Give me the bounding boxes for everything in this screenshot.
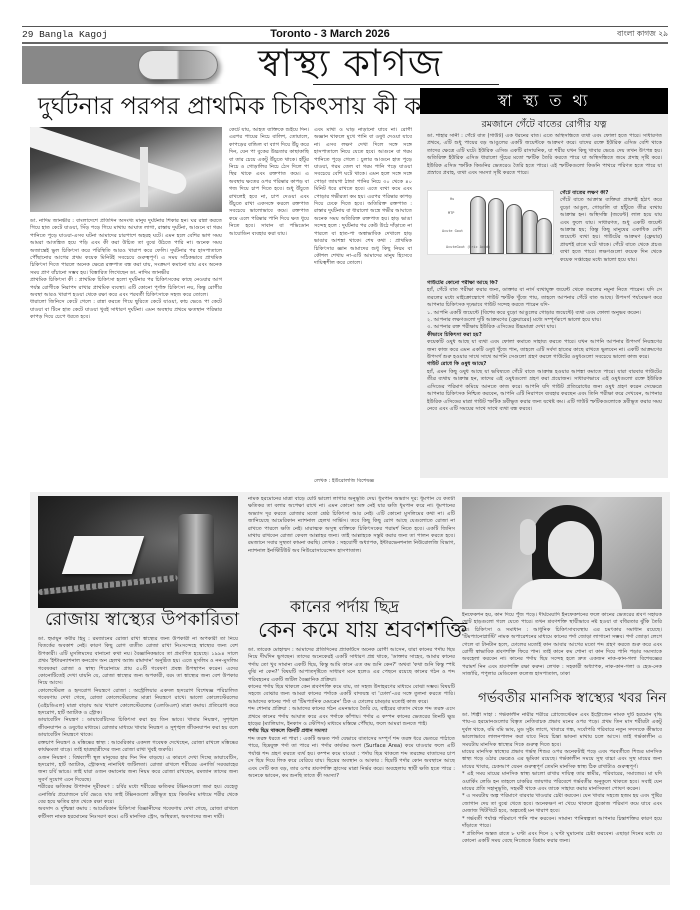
roza-continued-text: নামক হরমোনের মাত্রা বাড়ে যেটি ভালো লাগা… xyxy=(248,496,455,596)
foot-joint-illustration: Hu MTP Acute Gout AcuteGout (Uric Acid) xyxy=(427,190,554,255)
woman-ear-photo xyxy=(462,497,662,609)
gout-a3: কয়েকটি ওষুধ আছে যা ব্যথা এবং ফোলা কমাতে… xyxy=(427,339,662,360)
section-masthead: স্বাস্থ্য কাগজ xyxy=(258,40,443,86)
ear-right-col: ইনফেকশন হয়, কান দিয়ে পুঁজ পড়ে। দীর্ঘম… xyxy=(462,612,662,682)
header-top-rule xyxy=(22,26,668,27)
figure-label: Acute Gout xyxy=(442,229,463,233)
first-aid-col2-text: কেটে যায়, আহত ব্যক্তিকে শুইয়ে দিন। এরপ… xyxy=(229,127,309,490)
gout-q4: গাউট রোধে কি ওষুধ আছে? xyxy=(427,361,486,367)
roza-section: রক্তচাপ নিয়ন্ত্রণ ও মস্তিষ্কের স্বাস্থ্… xyxy=(38,740,238,753)
photo-arm-shape xyxy=(30,127,189,197)
first-aid-byline: লেখক : ইউরোলজি বিশেষজ্ঞ xyxy=(314,478,412,486)
ear-treatment: ইনফেকশন হয়, কান দিয়ে পুঁজ পড়ে। দীর্ঘম… xyxy=(462,612,662,670)
gout-headline: রমজানে গেঁটে বাতের রোগীর যত্ন xyxy=(420,118,668,133)
ear-intro: ডা. তারেক মোহাম্মদ : আমাদের প্রতিদিনের প… xyxy=(248,647,455,683)
figure-label: MTP xyxy=(448,211,454,215)
header-page-label: 29 Bangla Kagoj xyxy=(22,29,108,40)
photo-face-shape xyxy=(548,521,594,577)
gout-tests-treatment: গাউটের কোনো পরীক্ষা আছে কি? হ্যাঁ, গেঁটে… xyxy=(427,280,662,475)
masthead-underline xyxy=(313,84,499,85)
toe-bone-shape xyxy=(488,198,504,254)
gout-q1: গেঁটে বাতের লক্ষণ কী? xyxy=(560,190,608,196)
gout-list-item: ৩. আপনার রক্ত পরীক্ষায় ইউরিক এসিডের উচ্… xyxy=(427,324,556,330)
first-aid-headline: দুর্ঘটনার পরপর প্রাথমিক চিকিৎসায় কী করব… xyxy=(38,90,472,122)
gout-q3: কীভাবে চিকিৎসা করা হয়? xyxy=(427,332,482,338)
pregnancy-bullet: * গর্ভবতী পর্যাপ্ত পরিমাণে পানি পান করবে… xyxy=(462,816,662,829)
roza-body: ডা. হুমায়ুন কবীর হিমু : রমজানের রোজা রা… xyxy=(38,636,238,881)
gout-list-item: ১. আপনি একটি জয়েন্টে (বিশেষ করে বুড়ো আ… xyxy=(427,310,641,316)
ear-paragraph: কানের পর্দায় ছিদ্র থাকলে কেন শ্রবণশক্তি… xyxy=(248,684,455,705)
ear-body: ডা. তারেক মোহাম্মদ : আমাদের প্রতিদিনের প… xyxy=(248,647,455,882)
pregnancy-headline: গর্ভবতীর মানসিক স্বাস্থ্যের খবর নিন xyxy=(478,688,666,708)
roza-section: ওজন নিয়ন্ত্রণ : বিশ্বব্যাপী স্থূল মানুষ… xyxy=(38,755,238,783)
handwashing-photo xyxy=(30,127,222,212)
gout-intro-text: ডা. শাহার সানী : গেঁটে বাত (গাউট) এক ধরন… xyxy=(427,133,662,185)
ear-paragraph: শব্দ তরঙ্গ ধরতে না পারা : একটি অক্ষত পর্… xyxy=(248,736,455,779)
first-aid-what-is: প্রাথমিক চিকিৎসা কী : প্রাথমিক চিকিৎসা হ… xyxy=(30,277,222,298)
first-aid-intro: ডা. নাদিম জানভীর : বাংলাদেশে প্রতিদিন অস… xyxy=(30,218,222,276)
header-page-label-bangla: বাংলা কাগজ ২৯ xyxy=(617,29,668,41)
pregnancy-bullet: * প্রতিদিন অন্তত রাতে ৮ ঘণ্টা এবং দিনে ২… xyxy=(462,831,662,844)
toe-bone-shape xyxy=(536,218,552,254)
photo-lantern-shape xyxy=(178,514,214,594)
roza-intro: ডা. হুমায়ুন কবীর হিমু : রমজানের রোজা রা… xyxy=(38,636,238,686)
gout-q2: গাউটের কোনো পরীক্ষা আছে কি? xyxy=(427,280,498,286)
header-dateline: Toronto - 3 March 2026 xyxy=(230,28,430,40)
ear-headline-line1: কানের পর্দায় ছিদ্র xyxy=(290,596,399,618)
pregnancy-paragraph: মায়ের মানসিক স্বাস্থ্যের প্রভাব গর্ভস্থ… xyxy=(462,749,662,770)
pregnancy-bullet: * এ সময়টায় অল্প পরিমাণে বারবার খাওয়ার… xyxy=(462,793,662,814)
pregnancy-intro: ডা. শিল্পী সাহা : গর্ভকালীন নারীর শরীরে … xyxy=(462,712,662,748)
figure-label: AcuteGout (Uric Acid) xyxy=(446,245,490,249)
first-aid-cuts: ধারালো জিনিসে কেটে গেলে : রান্না করতে গি… xyxy=(30,299,222,320)
first-aid-col1-text: ডা. নাদিম জানভীর : বাংলাদেশে প্রতিদিন অস… xyxy=(30,218,222,490)
gout-list-item: ২. আপনার লক্ষণগুলো দুটি আক্রমণের (ফ্লেয়… xyxy=(427,317,601,323)
gout-a1: গেঁটে বাতে আক্রান্ত ব্যক্তিরা প্রায়শই হ… xyxy=(560,197,662,262)
roza-headline: রোজায় স্বাস্থ্যের উপকারিতা xyxy=(45,608,239,632)
roza-section: অবসাদ ও দুশ্চিন্তা কমায় : আমেরিকান চিকি… xyxy=(38,806,238,819)
first-aid-col3-text: এবং মাথা ও ঘাড় নাড়ানো যাবে না। রোগী অজ… xyxy=(314,127,412,477)
toe-bone-shape xyxy=(506,204,522,254)
ear-paragraph: শব্দ শোনার প্রক্রিয়া : আমাদের কানের গঠন… xyxy=(248,706,455,727)
pregnancy-bullet: * এই সময় মায়ের মানসিক স্বাস্থ্য ভালো র… xyxy=(462,771,662,792)
ramadan-lantern-photo xyxy=(38,496,238,608)
photo-beads-shape xyxy=(38,575,178,596)
pill-capsule-icon xyxy=(138,50,218,80)
roza-cont-body: নামক হরমোনের মাত্রা বাড়ে যেটি ভালো লাগা… xyxy=(248,496,455,546)
gout-a2: হ্যাঁ, গেঁটে বাত পরীক্ষা করার জন্য, ডাক্… xyxy=(427,287,662,308)
roza-section: ডায়াবেটিস নিয়ন্ত্রণ : ডায়াবেটিসের চিক… xyxy=(38,717,238,738)
photo-hand-shape xyxy=(520,519,536,555)
photo-book-shape xyxy=(62,536,144,574)
health-info-band-title: স্বা স্থ্য ত থ্য xyxy=(420,88,668,114)
figure-label: Hu xyxy=(450,197,454,201)
photo-body-shape xyxy=(512,579,622,609)
roza-section: শরীরের ক্ষতিকর উপাদান দূরীকরণ : চর্বির ম… xyxy=(38,784,238,805)
ear-subhead: পর্দায় ছিদ্র থাকলে তিনটি প্রধান সমস্যা xyxy=(248,728,327,734)
roza-section: কোলেস্টেরল ও হৃদরোগ নিয়ন্ত্রণে রোজা : অ… xyxy=(38,688,238,716)
gout-symptoms: গেঁটে বাতের লক্ষণ কী? গেঁটে বাতে আক্রান্… xyxy=(560,190,662,278)
pregnancy-body: ডা. শিল্পী সাহা : গর্ভকালীন নারীর শরীরে … xyxy=(462,712,662,882)
ear-headline-line2: কেন কমে যায় শ্রবণশক্তি xyxy=(258,617,467,645)
gout-a4: হ্যাঁ, এমন কিছু ওষুধ আছে যা ভবিষ্যতে গেঁ… xyxy=(427,369,662,412)
photo-tap-shape xyxy=(140,147,148,207)
